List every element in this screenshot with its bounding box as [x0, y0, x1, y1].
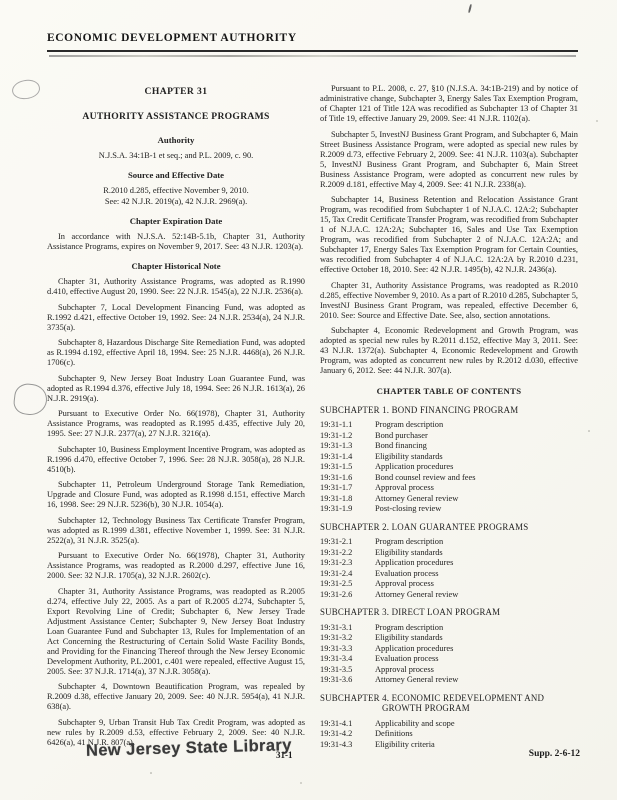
punch-hole-artifact [11, 78, 42, 102]
scan-speck-artifact [588, 430, 590, 432]
toc-entry: 19:31-3.5 Approval process [320, 665, 578, 675]
toc-entry-number: 19:31-4.1 [320, 719, 370, 729]
header-rule [47, 50, 578, 52]
chapter-number-heading: CHAPTER 31 [47, 87, 305, 97]
subchapter-2-heading: SUBCHAPTER 2. LOAN GUARANTEE PROGRAMS [320, 522, 578, 532]
toc-entry-title: Program description [370, 420, 578, 430]
toc-entry-number: 19:31-3.2 [320, 633, 370, 643]
toc-entry-title: Approval process [370, 483, 578, 493]
toc-entry: 19:31-1.6 Bond counsel review and fees [320, 473, 578, 483]
subchapter-1-heading: SUBCHAPTER 1. BOND FINANCING PROGRAM [320, 405, 578, 415]
toc-entry-title: Attorney General review [370, 675, 578, 685]
scan-speck-artifact [300, 782, 302, 784]
historical-paragraph: Chapter 31, Authority Assistance Program… [47, 277, 305, 297]
toc-entry: 19:31-1.1 Program description [320, 420, 578, 430]
toc-entry-title: Application procedures [370, 462, 578, 472]
source-line: R.2010 d.285, effective November 9, 2010… [47, 186, 305, 196]
toc-entry-number: 19:31-3.1 [320, 623, 370, 633]
left-column: CHAPTER 31 AUTHORITY ASSISTANCE PROGRAMS… [47, 84, 305, 750]
toc-entry: 19:31-4.2 Definitions [320, 729, 578, 739]
toc-entry: 19:31-2.6 Attorney General review [320, 590, 578, 600]
historical-paragraph: Subchapter 4, Downtown Beautification Pr… [47, 682, 305, 712]
expiration-paragraph: In accordance with N.J.S.A. 52:14B-5.1b,… [47, 232, 305, 252]
toc-entry-number: 19:31-2.4 [320, 569, 370, 579]
toc-entry-number: 19:31-4.3 [320, 740, 370, 750]
two-column-body: CHAPTER 31 AUTHORITY ASSISTANCE PROGRAMS… [47, 84, 578, 750]
toc-entry-title: Eligibility standards [370, 633, 578, 643]
right-column: Pursuant to P.L. 2008, c. 27, §10 (N.J.S… [320, 84, 578, 750]
toc-entry-number: 19:31-1.6 [320, 473, 370, 483]
historical-paragraph: Pursuant to P.L. 2008, c. 27, §10 (N.J.S… [320, 84, 578, 124]
historical-paragraph: Subchapter 11, Petroleum Underground Sto… [47, 480, 305, 510]
subchapter-4-heading: SUBCHAPTER 4. ECONOMIC REDEVELOPMENT AND… [320, 693, 578, 714]
toc-entry-title: Bond purchaser [370, 431, 578, 441]
toc-entry-number: 19:31-1.2 [320, 431, 370, 441]
pen-mark-artifact [468, 4, 472, 13]
toc-entry-title: Eligibility criteria [370, 740, 578, 750]
toc-entry-number: 19:31-3.4 [320, 654, 370, 664]
toc-entry-number: 19:31-2.5 [320, 579, 370, 589]
punch-hole-artifact [12, 382, 49, 417]
historical-paragraph: Subchapter 8, Hazardous Discharge Site R… [47, 338, 305, 368]
toc-entry-number: 19:31-1.3 [320, 441, 370, 451]
toc-entry-title: Post-closing review [370, 504, 578, 514]
toc-entry-number: 19:31-1.7 [320, 483, 370, 493]
toc-entry: 19:31-1.4 Eligibility standards [320, 452, 578, 462]
toc-entry: 19:31-1.5 Application procedures [320, 462, 578, 472]
toc-entry-number: 19:31-1.1 [320, 420, 370, 430]
toc-entry-title: Definitions [370, 729, 578, 739]
historical-paragraph: Subchapter 12, Technology Business Tax C… [47, 516, 305, 546]
toc-entry: 19:31-3.3 Application procedures [320, 644, 578, 654]
toc-entry-title: Application procedures [370, 558, 578, 568]
toc-entry: 19:31-2.5 Approval process [320, 579, 578, 589]
scan-speck-artifact [150, 772, 152, 774]
toc-entry: 19:31-1.2 Bond purchaser [320, 431, 578, 441]
toc-entry: 19:31-4.1 Applicability and scope [320, 719, 578, 729]
toc-entry-number: 19:31-2.2 [320, 548, 370, 558]
toc-entry-title: Application procedures [370, 644, 578, 654]
toc-entry-title: Program description [370, 537, 578, 547]
toc-entry: 19:31-1.9 Post-closing review [320, 504, 578, 514]
historical-paragraph: Subchapter 5, InvestNJ Business Grant Pr… [320, 130, 578, 190]
chapter-table-of-contents-heading: CHAPTER TABLE OF CONTENTS [320, 386, 578, 396]
toc-entry-number: 19:31-2.6 [320, 590, 370, 600]
toc-entry: 19:31-4.3 Eligibility criteria [320, 740, 578, 750]
toc-entry-number: 19:31-1.5 [320, 462, 370, 472]
toc-entry-title: Approval process [370, 579, 578, 589]
toc-entry-number: 19:31-4.2 [320, 729, 370, 739]
toc-entry: 19:31-2.3 Application procedures [320, 558, 578, 568]
chapter-expiration-heading: Chapter Expiration Date [47, 216, 305, 226]
toc-entry-title: Applicability and scope [370, 719, 578, 729]
subchapter-3-heading: SUBCHAPTER 3. DIRECT LOAN PROGRAM [320, 607, 578, 617]
historical-paragraph: Subchapter 14, Business Retention and Re… [320, 195, 578, 275]
toc-entry-title: Attorney General review [370, 494, 578, 504]
toc-entry-title: Evaluation process [370, 654, 578, 664]
toc-entry-title: Program description [370, 623, 578, 633]
historical-paragraph: Pursuant to Executive Order No. 66(1978)… [47, 551, 305, 581]
toc-entry: 19:31-1.7 Approval process [320, 483, 578, 493]
toc-entry: 19:31-3.6 Attorney General review [320, 675, 578, 685]
toc-entry-number: 19:31-3.3 [320, 644, 370, 654]
toc-entry: 19:31-1.3 Bond financing [320, 441, 578, 451]
toc-entry: 19:31-2.1 Program description [320, 537, 578, 547]
historical-paragraph: Subchapter 9, New Jersey Boat Industry L… [47, 374, 305, 404]
authority-citation: N.J.S.A. 34:1B-1 et seq.; and P.L. 2009,… [47, 151, 305, 161]
toc-entry-number: 19:31-1.9 [320, 504, 370, 514]
historical-paragraph: Subchapter 7, Local Development Financin… [47, 303, 305, 333]
toc-entry-number: 19:31-1.4 [320, 452, 370, 462]
toc-entry: 19:31-1.8 Attorney General review [320, 494, 578, 504]
toc-entry-number: 19:31-3.6 [320, 675, 370, 685]
toc-entry-title: Approval process [370, 665, 578, 675]
authority-heading: Authority [47, 135, 305, 145]
header-rule-smudge [49, 55, 576, 57]
source-effective-date-heading: Source and Effective Date [47, 170, 305, 180]
historical-paragraph: Chapter 31, Authority Assistance Program… [47, 587, 305, 677]
toc-entry-title: Eligibility standards [370, 548, 578, 558]
supplement-date: Supp. 2-6-12 [529, 749, 580, 759]
document-page: ECONOMIC DEVELOPMENT AUTHORITY CHAPTER 3… [0, 0, 617, 800]
toc-entry-title: Bond counsel review and fees [370, 473, 578, 483]
scan-speck-artifact [596, 120, 598, 122]
document-header-title: ECONOMIC DEVELOPMENT AUTHORITY [47, 32, 297, 44]
toc-entry-number: 19:31-2.1 [320, 537, 370, 547]
toc-entry-title: Eligibility standards [370, 452, 578, 462]
page-number: 31-1 [276, 750, 293, 760]
historical-paragraph: Pursuant to Executive Order No. 66(1978)… [47, 409, 305, 439]
chapter-title-heading: AUTHORITY ASSISTANCE PROGRAMS [47, 112, 305, 122]
toc-entry-number: 19:31-1.8 [320, 494, 370, 504]
chapter-historical-note-heading: Chapter Historical Note [47, 261, 305, 271]
toc-entry: 19:31-3.2 Eligibility standards [320, 633, 578, 643]
toc-entry-title: Attorney General review [370, 590, 578, 600]
historical-paragraph: Subchapter 10, Business Employment Incen… [47, 445, 305, 475]
toc-entry-number: 19:31-2.3 [320, 558, 370, 568]
source-line: See: 42 N.J.R. 2019(a), 42 N.J.R. 2969(a… [47, 197, 305, 207]
toc-entry: 19:31-2.2 Eligibility standards [320, 548, 578, 558]
historical-paragraph: Subchapter 4, Economic Redevelopment and… [320, 326, 578, 376]
toc-entry-title: Bond financing [370, 441, 578, 451]
toc-entry: 19:31-2.4 Evaluation process [320, 569, 578, 579]
toc-entry: 19:31-3.1 Program description [320, 623, 578, 633]
toc-entry: 19:31-3.4 Evaluation process [320, 654, 578, 664]
toc-entry-number: 19:31-3.5 [320, 665, 370, 675]
historical-paragraph: Chapter 31, Authority Assistance Program… [320, 281, 578, 321]
toc-entry-title: Evaluation process [370, 569, 578, 579]
